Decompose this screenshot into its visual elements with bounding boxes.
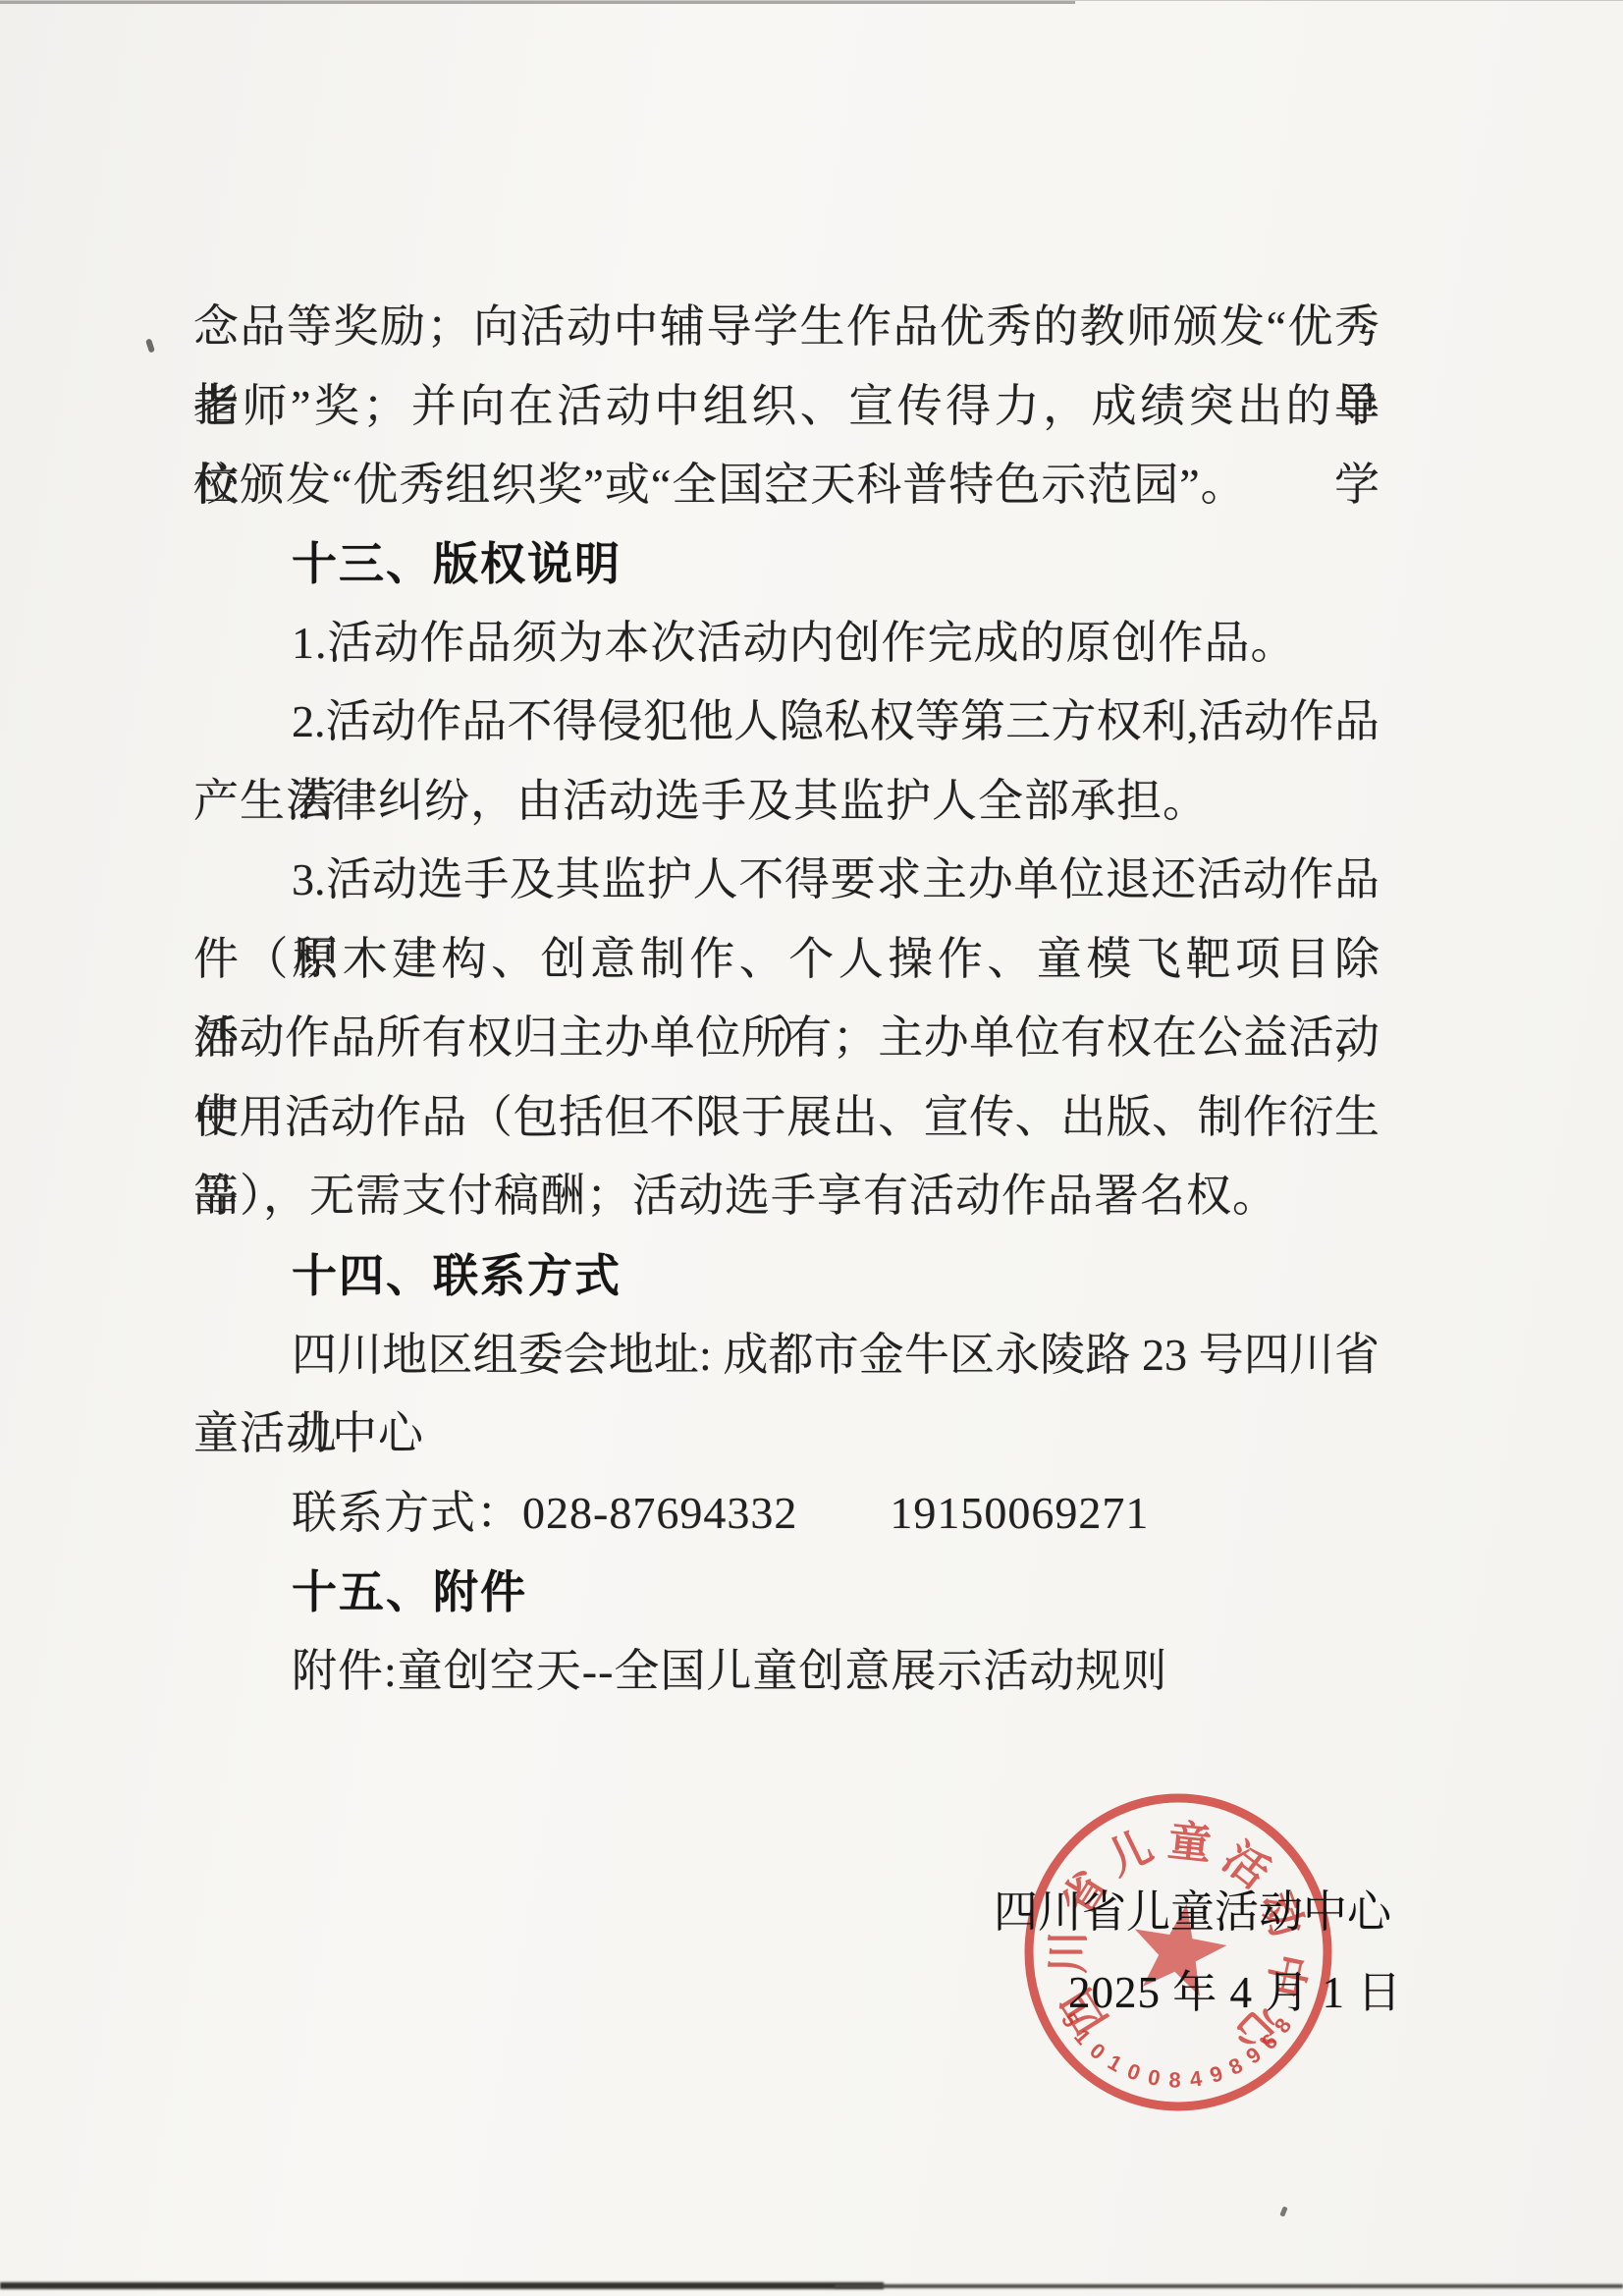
seal-code-digit: 8 [1224,2052,1246,2080]
section-heading-15: 十五、附件 [193,1553,1380,1631]
seal-code-digit: 0 [1146,2064,1163,2091]
signature-date: 2025 年 4 月 1 日 [1068,1955,1402,2030]
official-seal: 四川省儿童活动中心 5101008498968 [1001,1775,1355,2128]
paragraph-line: 念品等奖励；向活动中辅导学生作品优秀的教师颁发“优秀指导 [193,288,1380,366]
scan-edge-top [0,1,1075,4]
seal-code-digit: 1 [1104,2050,1126,2077]
paragraph-line: 四川地区组委会地址: 成都市金牛区永陵路 23 号四川省儿 [193,1316,1380,1394]
paragraph-line: 校颁发“优秀组织奖”或“全国空天科普特色示范园”。 [193,446,1380,524]
seal-code-digit: 0 [1124,2058,1144,2086]
paragraph-line: 3.活动选手及其监护人不得要求主办单位退还活动作品原 [193,841,1380,919]
paragraph-line: 使用活动作品（包括但不限于展出、宣传、出版、制作衍生品 [193,1078,1380,1157]
seal-arc-char: 童 [1165,1817,1214,1869]
paragraph-line: 活动作品所有权归主办单位所有；主办单位有权在公益活动中 [193,999,1380,1077]
scan-edge-bottom-right [835,2284,1623,2288]
paragraph-line: 产生法律纠纷，由活动选手及其监护人全部承担。 [193,762,1380,841]
contact-phone-line: 联系方式：028-87694332 19150069271 [193,1474,1380,1553]
scan-speck [1279,2206,1287,2216]
seal-code-digit: 4 [1188,2065,1204,2092]
section-heading-13: 十三、版权说明 [193,524,1380,603]
scan-edge-bottom-left [0,2282,884,2289]
paragraph-line: 1.活动作品须为本次活动内创作完成的原创作品。 [193,604,1380,683]
seal-code-digit: 8 [1168,2067,1181,2092]
signature-organization: 四川省儿童活动中心 [994,1875,1391,1949]
paragraph-line: 童活动中心 [193,1394,1380,1473]
seal-code-digit: 9 [1207,2060,1225,2088]
seal-code-digit: 0 [1085,2038,1109,2064]
document-page: 念品等奖励；向活动中辅导学生作品优秀的教师颁发“优秀指导 老师”奖；并向在活动中… [0,0,1623,2296]
paragraph-line: 件（积木建构、创意制作、个人操作、童模飞靶项目除外）， [193,920,1380,999]
scan-speck [145,338,155,353]
attachment-line: 附件:童创空天--全国儿童创意展示活动规则 [193,1632,1380,1711]
section-heading-14: 十四、联系方式 [193,1236,1380,1315]
paragraph-line: 老师”奖；并向在活动中组织、宣传得力，成绩突出的单位、学 [193,367,1380,446]
paragraph-line: 等），无需支付稿酬；活动选手享有活动作品署名权。 [193,1157,1380,1235]
paragraph-line: 2.活动作品不得侵犯他人隐私权等第三方权利,活动作品若 [193,683,1380,761]
